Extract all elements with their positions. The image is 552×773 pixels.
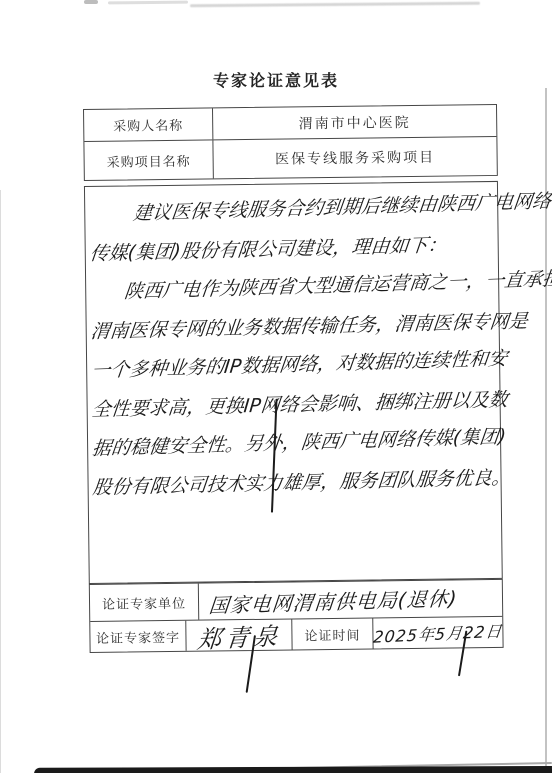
- scan-smudge: [84, 0, 98, 4]
- handwritten-opinion: 建议医保专线服务合约到期后继续由陕西广电网络 传媒(集团)股份有限公司建设，理由…: [89, 191, 499, 508]
- expert-signature-value: 郑青泉: [187, 619, 293, 650]
- scan-smudge: [108, 1, 188, 5]
- experts-table: 论证专家单位 国家电网渭南供电局(退休) 论证专家签字 郑青泉 论证时间 202…: [89, 579, 504, 653]
- document-title: 专家论证意见表: [0, 68, 552, 91]
- expert-signature-label: 论证专家签字: [90, 621, 187, 652]
- handwritten-unit: 国家电网渭南供电局(退休): [208, 582, 459, 618]
- project-name-label: 采购项目名称: [84, 140, 213, 180]
- handwritten-signature: 郑青泉: [196, 616, 283, 655]
- purchaser-name-value: 渭南市中心医院: [213, 105, 496, 139]
- scan-smudge: [190, 2, 480, 8]
- demonstration-time-label: 论证时间: [293, 618, 374, 649]
- scan-page-edge-left: [0, 190, 1, 773]
- info-table: 采购人名称 渭南市中心医院 采购项目名称 医保专线服务采购项目: [83, 104, 498, 181]
- expert-unit-value: 国家电网渭南供电局(退休): [199, 580, 502, 620]
- scan-bottom-edge: [34, 766, 552, 773]
- expert-unit-label: 论证专家单位: [90, 584, 199, 621]
- table-row: 论证专家签字 郑青泉 论证时间 2025年5月22日: [90, 617, 502, 652]
- table-row: 采购人名称 渭南市中心医院: [84, 105, 496, 142]
- table-row: 论证专家单位 国家电网渭南供电局(退休): [90, 580, 502, 622]
- expert-opinion-form: 采购人名称 渭南市中心医院 采购项目名称 医保专线服务采购项目 建议医保专线服务…: [83, 104, 504, 653]
- table-row: 采购项目名称 医保专线服务采购项目: [84, 137, 496, 180]
- demonstration-time-value: 2025年5月22日: [373, 617, 503, 649]
- handwritten-date: 2025年5月22日: [372, 618, 504, 647]
- opinion-box: 建议医保专线服务合约到期后继续由陕西广电网络 传媒(集团)股份有限公司建设，理由…: [84, 181, 503, 584]
- project-name-value: 医保专线服务采购项目: [213, 137, 496, 178]
- purchaser-name-label: 采购人名称: [84, 108, 213, 141]
